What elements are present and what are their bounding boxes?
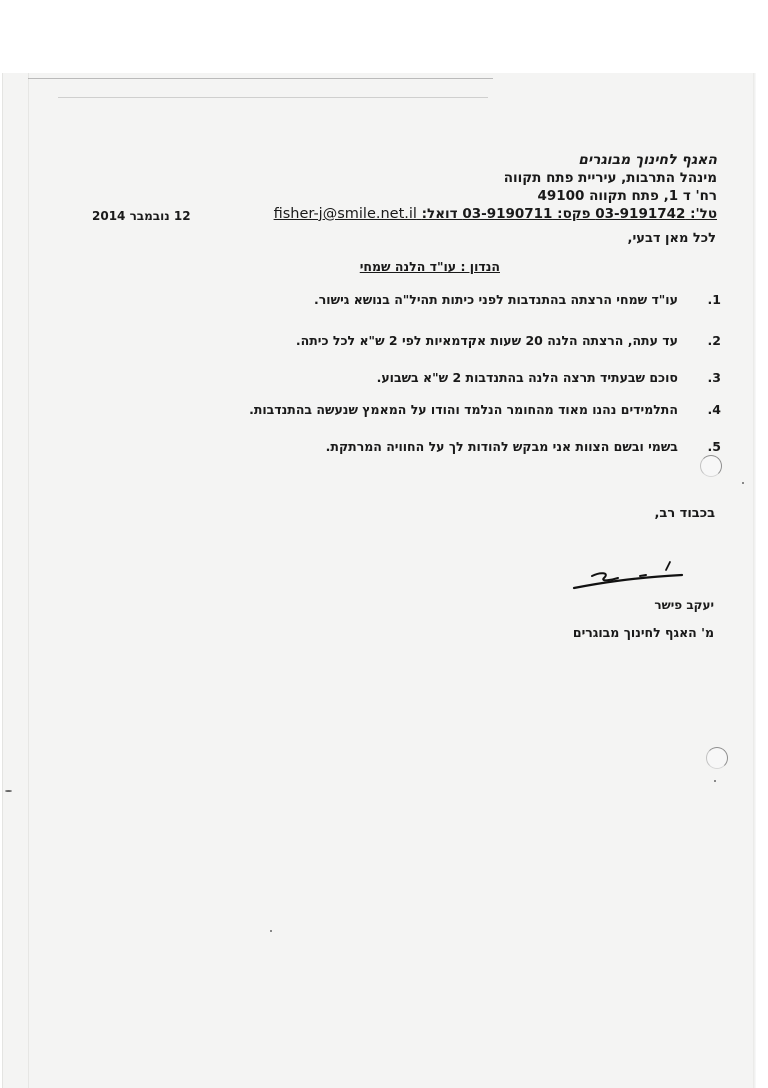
signature-icon xyxy=(570,558,688,592)
list-item: 2. עד עתה, הרצתה הלנה 20 שעות אקדמאיות ל… xyxy=(296,333,721,348)
punch-hole-icon xyxy=(700,455,722,477)
list-item-number: 1. xyxy=(691,292,721,307)
list-item-text: עו"ד שמחי הרצתה בהתנדבות לפני כיתות תהיל… xyxy=(314,292,678,307)
punch-hole-icon xyxy=(706,747,728,769)
closing: בכבוד רב, xyxy=(654,506,715,521)
list-item-number: 4. xyxy=(691,402,721,417)
list-item-text: התלמידים נהנו מאוד מהחומר הנלמד והודו על… xyxy=(249,402,678,417)
list-item-number: 5. xyxy=(691,439,721,454)
letter-date: 12 נובמבר 2014 xyxy=(92,209,191,223)
letterhead-contact: טל': 03-9191742 פקס: 03-9190711 דואל: fi… xyxy=(274,205,717,223)
signer-name: יעקב פישר xyxy=(654,598,714,612)
letterhead-address: רח' ד 1, פתח תקווה 49100 xyxy=(274,187,717,205)
scan-speck xyxy=(714,780,716,782)
list-item-number: 2. xyxy=(691,333,721,348)
list-item-text: עד עתה, הרצתה הלנה 20 שעות אקדמאיות לפי … xyxy=(296,333,678,348)
greeting: לכל מאן דבעי, xyxy=(628,231,716,246)
scan-speck xyxy=(742,482,744,484)
letterhead-phone-fax: טל': 03-9191742 פקס: 03-9190711 דואל: xyxy=(422,206,717,222)
letterhead: האגף לחינוך מבוגרים מינהל התרבות, עיריית… xyxy=(274,151,717,223)
scan-artifact-line xyxy=(28,78,493,79)
letterhead-organization: האגף לחינוך מבוגרים xyxy=(274,151,717,169)
list-item: 5. בשמי ובשם הצוות אני מבקש להודות לך על… xyxy=(326,439,721,454)
list-item: 3. סוכם שבעתיד תרצה הלנה בהתנדבות 2 ש"א … xyxy=(377,370,721,385)
list-item-text: סוכם שבעתיד תרצה הלנה בהתנדבות 2 ש"א בשב… xyxy=(377,370,678,385)
scan-speck xyxy=(270,930,272,932)
list-item: 1. עו"ד שמחי הרצתה בהתנדבות לפני כיתות ת… xyxy=(314,292,721,307)
scan-speck xyxy=(5,790,12,792)
list-item-number: 3. xyxy=(691,370,721,385)
page-fold-line xyxy=(28,73,29,1088)
letterhead-department: מינהל התרבות, עיריית פתח תקווה xyxy=(274,169,717,187)
scan-artifact-line xyxy=(58,97,488,98)
list-item: 4. התלמידים נהנו מאוד מהחומר הנלמד והודו… xyxy=(249,402,721,417)
letterhead-email[interactable]: fisher-j@smile.net.il xyxy=(274,206,417,222)
list-item-text: בשמי ובשם הצוות אני מבקש להודות לך על הח… xyxy=(326,439,678,454)
signer-title: מ' האגף לחינוך מבוגרים xyxy=(573,625,714,640)
subject-line: הנדון : עו"ד הלנה שמחי xyxy=(360,259,500,274)
